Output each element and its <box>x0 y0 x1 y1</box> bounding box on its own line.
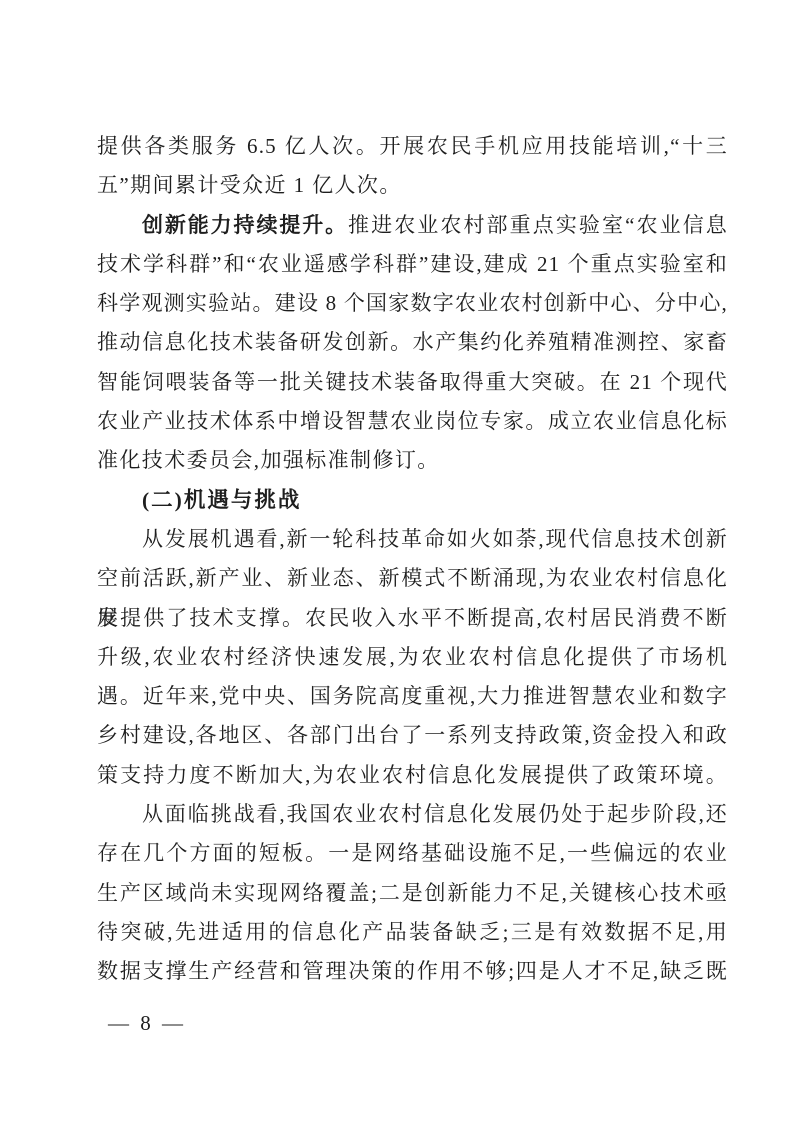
text-line: 生产区域尚未实现网络覆盖;二是创新能力不足,关键核心技术亟 <box>97 874 728 913</box>
text-line: 遇。近年来,党中央、国务院高度重视,大力推进智慧农业和数字 <box>97 677 728 716</box>
text-line-rest: 推进农业农村部重点实验室“农业信息 <box>348 213 728 237</box>
section-heading: (二)机遇与挑战 <box>97 481 728 520</box>
text-line: 策支持力度不断加大,为农业农村信息化发展提供了政策环境。 <box>97 756 728 795</box>
text-line: 升级,农业农村经济快速发展,为农业农村信息化提供了市场机 <box>97 638 728 677</box>
text-line: 乡村建设,各地区、各部门出台了一系列支持政策,资金投入和政 <box>97 716 728 755</box>
text-line: 准化技术委员会,加强标准制修订。 <box>97 441 728 480</box>
text-line: 农业产业技术体系中增设智慧农业岗位专家。成立农业信息化标 <box>97 402 728 441</box>
text-line: 空前活跃,新产业、新业态、新模式不断涌现,为农业农村信息化发 <box>97 559 728 598</box>
text-block: 提供各类服务 6.5 亿人次。开展农民手机应用技能培训,“十三五”期间累计受众近… <box>97 127 728 992</box>
text-line: 技术学科群”和“农业遥感学科群”建设,建成 21 个重点实验室和 <box>97 245 728 284</box>
text-line: 科学观测实验站。建设 8 个国家数字农业农村创新中心、分中心, <box>97 284 728 323</box>
text-line: 数据支撑生产经营和管理决策的作用不够;四是人才不足,缺乏既 <box>97 952 728 991</box>
text-line: 待突破,先进适用的信息化产品装备缺乏;三是有效数据不足,用 <box>97 913 728 952</box>
text-line: 智能饲喂装备等一批关键技术装备取得重大突破。在 21 个现代 <box>97 363 728 402</box>
text-line: 从发展机遇看,新一轮科技革命如火如荼,现代信息技术创新 <box>97 520 728 559</box>
text-line: 存在几个方面的短板。一是网络基础设施不足,一些偏远的农业 <box>97 834 728 873</box>
page-number: — 8 — <box>108 1004 186 1043</box>
document-page: 提供各类服务 6.5 亿人次。开展农民手机应用技能培训,“十三五”期间累计受众近… <box>0 0 794 1123</box>
paragraph-lead-line: 创新能力持续提升。推进农业农村部重点实验室“农业信息 <box>97 206 728 245</box>
paragraph-lead-bold: 创新能力持续提升。 <box>142 214 348 237</box>
text-line: 展提供了技术支撑。农民收入水平不断提高,农村居民消费不断 <box>97 599 728 638</box>
text-line: 从面临挑战看,我国农业农村信息化发展仍处于起步阶段,还 <box>97 795 728 834</box>
text-line: 五”期间累计受众近 1 亿人次。 <box>97 166 728 205</box>
text-line: 推动信息化技术装备研发创新。水产集约化养殖精准测控、家畜 <box>97 323 728 362</box>
text-line: 提供各类服务 6.5 亿人次。开展农民手机应用技能培训,“十三 <box>97 127 728 166</box>
